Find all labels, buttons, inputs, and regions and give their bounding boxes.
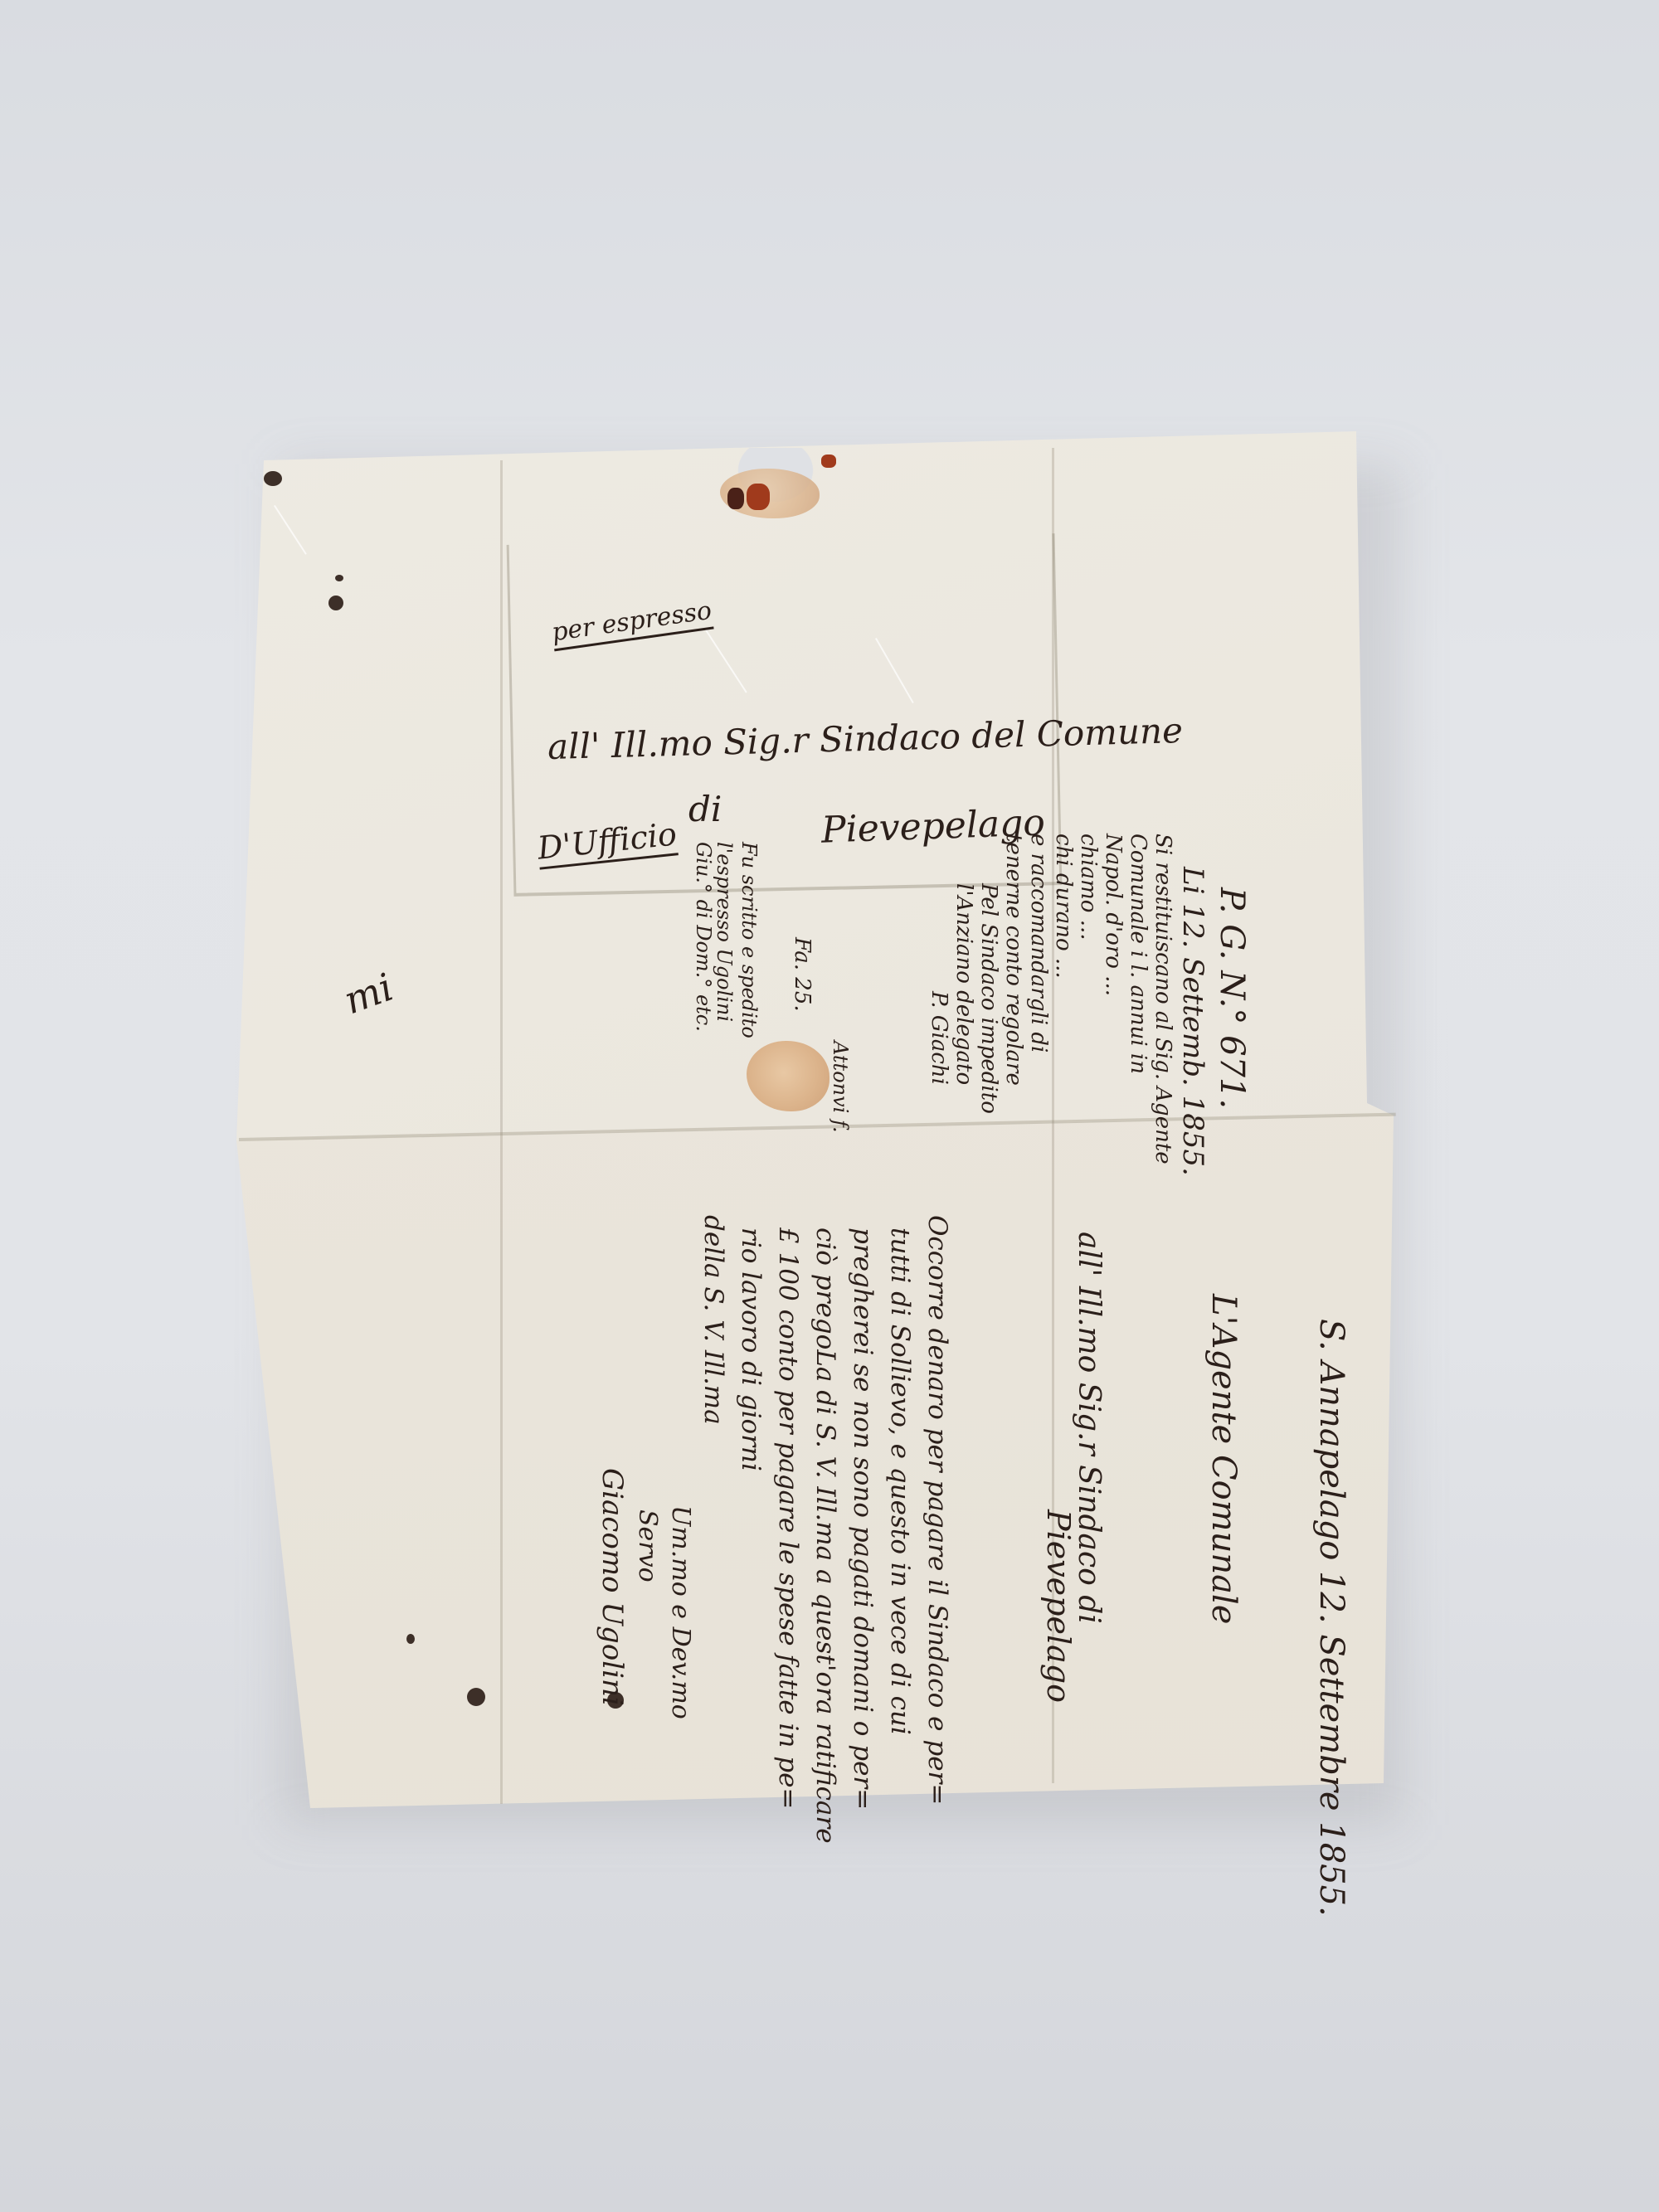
receipt-signature: P. Giachi xyxy=(928,991,950,1085)
letter-place-date: S. Annapelago 12. Settembre 1855. xyxy=(1315,1319,1348,1917)
receipt-line: Comunale i l. annui in xyxy=(1127,834,1149,1074)
side-note-line: Giu.° di Dom.° etc. xyxy=(693,842,713,1032)
letter-recipient-place: Pievepelago xyxy=(1043,1510,1074,1703)
letter-signature: Giacomo Ugolini xyxy=(598,1468,626,1706)
letter-recipient: all' Ill.mo Sig.r Sindaco di xyxy=(1073,1232,1103,1624)
hole xyxy=(335,575,343,581)
receipt-line: Napol. d'oro ... xyxy=(1102,834,1124,996)
side-note-line: Fu scritto e spedito xyxy=(739,842,759,1038)
letter-body-line: Occorre denaro per pagare il Sindaco e p… xyxy=(924,1215,950,1805)
letter-body-line: £ 100 conto per pagare le spese fatte in… xyxy=(775,1228,800,1809)
receipt-line: chi durano ... xyxy=(1053,834,1074,979)
letter-body-line: pregherei se non sono pagati domani o pe… xyxy=(849,1228,875,1810)
receipt-line: Pel Sindaco impedito xyxy=(978,883,1000,1114)
letter-closing: Um.mo e Dev.mo xyxy=(668,1505,693,1719)
hole xyxy=(264,471,282,486)
receipt-line: l'Anziano delegato xyxy=(953,883,975,1085)
letter-body-line: rio lavoro di giorni xyxy=(737,1228,763,1471)
wax-fragment xyxy=(747,484,770,510)
letter-body-line: della S. V. Ill.ma xyxy=(700,1215,726,1425)
receipt-protocol: P. G. N.° 671. xyxy=(1215,887,1248,1109)
receipt-line: tenerne conto regolare xyxy=(1003,834,1024,1086)
recipient-di: di xyxy=(688,792,722,827)
side-note-line: l'espresso Ugolini xyxy=(714,842,734,1022)
hole xyxy=(467,1688,485,1706)
letter-closing-servo: Servo xyxy=(635,1510,659,1582)
receipt-line: Si restituiscano al Sig. Agente xyxy=(1152,834,1174,1164)
wax-fragment xyxy=(727,488,744,509)
receipt-date: Li 12. Settemb. 1855. xyxy=(1179,867,1207,1176)
receipt-line: e raccomandargli di xyxy=(1028,834,1049,1053)
hole xyxy=(328,596,343,610)
wax-fragment xyxy=(821,455,836,468)
letter-body-line: ciò pregoLa di S. V. Ill.ma a quest'ora … xyxy=(812,1228,838,1844)
receipt-line: chiamo ... xyxy=(1078,834,1099,941)
side-note-signature: Attonvi f. xyxy=(830,1041,850,1133)
hole xyxy=(406,1634,415,1644)
letter-body-line: tutti di Sollievo, e questo in vece di c… xyxy=(887,1228,912,1735)
letter-sender: L'Agente Comunale xyxy=(1207,1294,1240,1624)
side-note-amount: Fa. 25. xyxy=(791,937,813,1012)
letter-sheet: per espresso all' Ill.mo Sig.r Sindaco d… xyxy=(0,0,1659,2212)
